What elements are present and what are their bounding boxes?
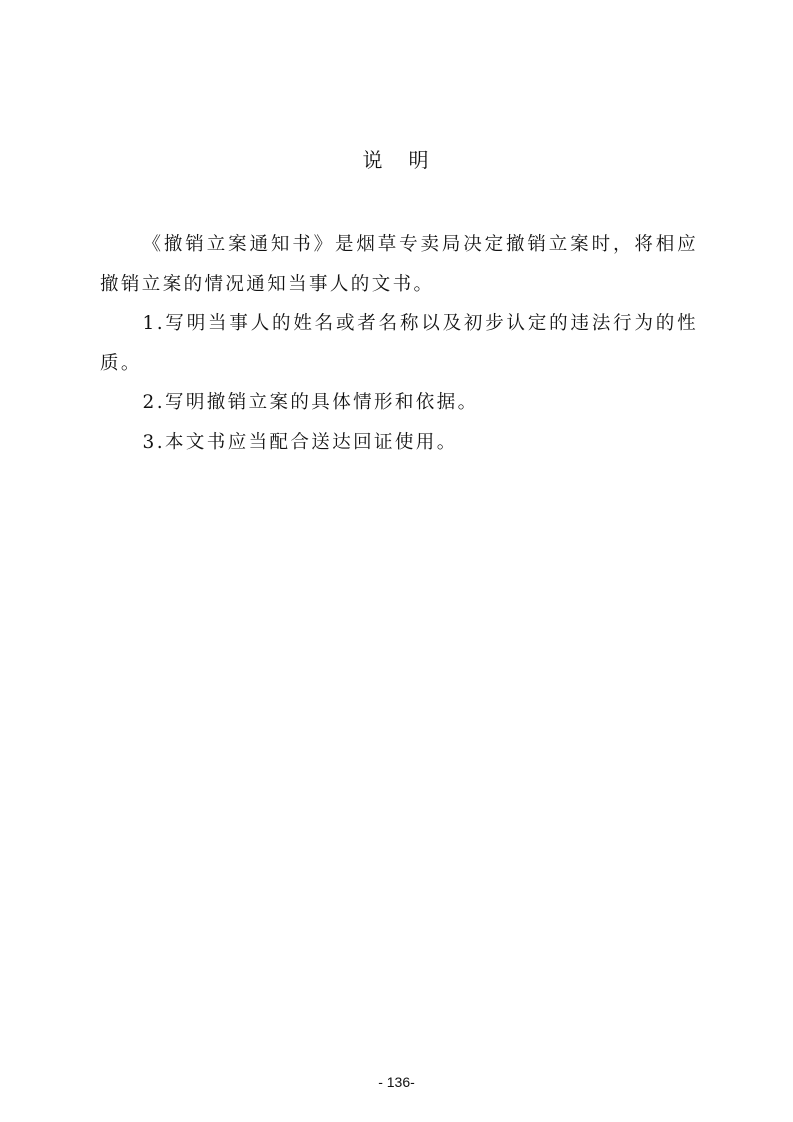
page-number: - 136- [0, 1074, 793, 1090]
page-title: 说明 [0, 146, 793, 174]
instruction-item-1: 1.写明当事人的姓名或者名称以及初步认定的违法行为的性质。 [100, 304, 698, 383]
document-page: 说明 《撤销立案通知书》是烟草专卖局决定撤销立案时，将相应撤销立案的情况通知当事… [0, 0, 793, 1122]
instruction-item-3: 3.本文书应当配合送达回证使用。 [100, 423, 698, 463]
title-char-2: 明 [409, 148, 431, 172]
intro-paragraph: 《撤销立案通知书》是烟草专卖局决定撤销立案时，将相应撤销立案的情况通知当事人的文… [100, 225, 698, 304]
title-char-1: 说 [363, 148, 385, 172]
document-body: 《撤销立案通知书》是烟草专卖局决定撤销立案时，将相应撤销立案的情况通知当事人的文… [100, 225, 698, 462]
instruction-item-2: 2.写明撤销立案的具体情形和依据。 [100, 383, 698, 423]
